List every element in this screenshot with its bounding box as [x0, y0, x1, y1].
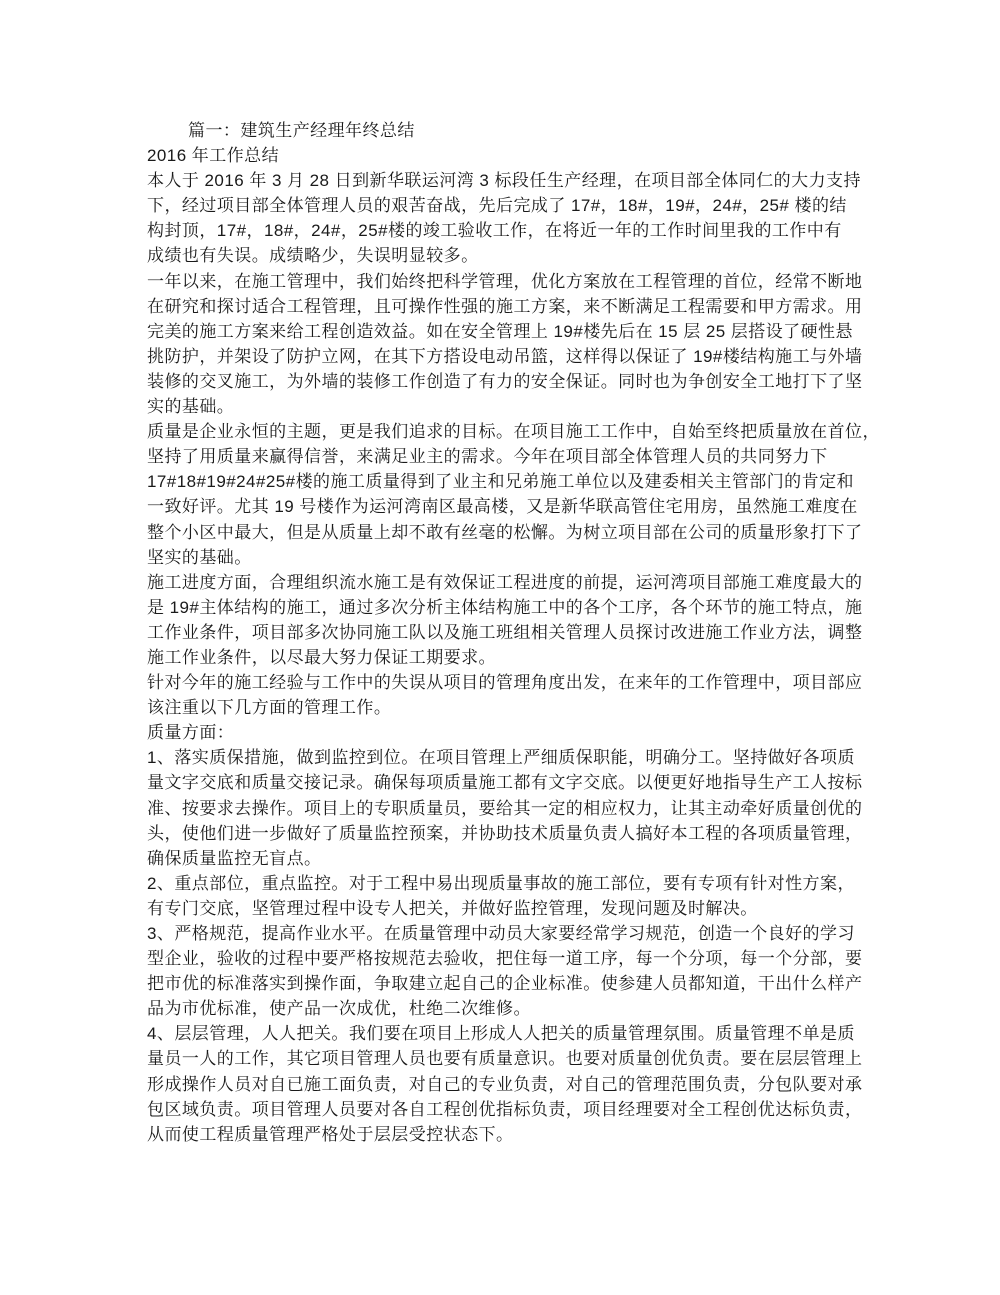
paragraph: 本人于 2016 年 3 月 28 日到新华联运河湾 3 标段任生产经理，在项目… [147, 168, 887, 268]
text-line: 质量是企业永恒的主题，更是我们追求的目标。在项目施工工作中，自始至终把质量放在首… [147, 419, 887, 444]
text-line: 坚实的基础。 [147, 545, 887, 570]
text-line: 头，使他们进一步做好了质量监控预案，并协助技术质量负责人搞好本工程的各项质量管理… [147, 821, 887, 846]
document-page: 篇一：建筑生产经理年终总结2016 年工作总结本人于 2016 年 3 月 28… [147, 118, 887, 1147]
paragraph: 质量方面： [147, 720, 887, 745]
text-line: 量员一人的工作，其它项目管理人员也要有质量意识。也要对质量创优负责。要在层层管理… [147, 1046, 887, 1071]
text-line: 针对今年的施工经验与工作中的失误从项目的管理角度出发，在来年的工作管理中，项目部… [147, 670, 887, 695]
text-line: 型企业，验收的过程中要严格按规范去验收，把住每一道工序，每一个分项，每一个分部，… [147, 946, 887, 971]
paragraph: 2、重点部位，重点监控。对于工程中易出现质量事故的施工部位，要有专项有针对性方案… [147, 871, 887, 921]
text-line: 下，经过项目部全体管理人员的艰苦奋战，先后完成了 17#，18#，19#，24#… [147, 193, 887, 218]
text-line: 一致好评。尤其 19 号楼作为运河湾南区最高楼，又是新华联高管住宅用房，虽然施工… [147, 494, 887, 519]
text-line: 完美的施工方案来给工程创造效益。如在安全管理上 19#楼先后在 15 层 25 … [147, 319, 887, 344]
text-line: 挑防护，并架设了防护立网，在其下方搭设电动吊篮，这样得以保证了 19#楼结构施工… [147, 344, 887, 369]
text-line: 形成操作人员对自已施工面负责，对自己的专业负责，对自己的管理范围负责，分包队要对… [147, 1072, 887, 1097]
text-line: 是 19#主体结构的施工，通过多次分析主体结构施工中的各个工序，各个环节的施工特… [147, 595, 887, 620]
text-line: 有专门交底，坚管理过程中设专人把关，并做好监控管理，发现问题及时解决。 [147, 896, 887, 921]
paragraph: 1、落实质保措施，做到监控到位。在项目管理上严细质保职能，明确分工。坚持做好各项… [147, 745, 887, 870]
paragraph: 3、严格规范，提高作业水平。在质量管理中动员大家要经常学习规范，创造一个良好的学… [147, 921, 887, 1021]
paragraph: 一年以来，在施工管理中，我们始终把科学管理，优化方案放在工程管理的首位，经常不断… [147, 269, 887, 420]
text-line: 4、层层管理，人人把关。我们要在项目上形成人人把关的质量管理氛围。质量管理不单是… [147, 1021, 887, 1046]
paragraph: 2016 年工作总结 [147, 143, 887, 168]
paragraph: 施工进度方面，合理组织流水施工是有效保证工程进度的前提，运河湾项目部施工难度最大… [147, 570, 887, 670]
text-line: 成绩也有失误。成绩略少，失误明显较多。 [147, 243, 887, 268]
text-line: 构封顶，17#，18#，24#，25#楼的竣工验收工作，在将近一年的工作时间里我… [147, 218, 887, 243]
text-line: 准、按要求去操作。项目上的专职质量员，要给其一定的相应权力，让其主动牵好质量创优… [147, 796, 887, 821]
text-line: 施工作业条件，以尽最大努力保证工期要求。 [147, 645, 887, 670]
text-line: 装修的交叉施工，为外墙的装修工作创造了有力的安全保证。同时也为争创安全工地打下了… [147, 369, 887, 394]
paragraph: 4、层层管理，人人把关。我们要在项目上形成人人把关的质量管理氛围。质量管理不单是… [147, 1021, 887, 1146]
text-line: 质量方面： [147, 720, 887, 745]
text-line: 1、落实质保措施，做到监控到位。在项目管理上严细质保职能，明确分工。坚持做好各项… [147, 745, 887, 770]
text-line: 一年以来，在施工管理中，我们始终把科学管理，优化方案放在工程管理的首位，经常不断… [147, 269, 887, 294]
text-line: 整个小区中最大，但是从质量上却不敢有丝毫的松懈。为树立项目部在公司的质量形象打下… [147, 520, 887, 545]
text-line: 实的基础。 [147, 394, 887, 419]
text-line: 3、严格规范，提高作业水平。在质量管理中动员大家要经常学习规范，创造一个良好的学… [147, 921, 887, 946]
text-line: 17#18#19#24#25#楼的施工质量得到了业主和兄弟施工单位以及建委相关主… [147, 469, 887, 494]
text-line: 2、重点部位，重点监控。对于工程中易出现质量事故的施工部位，要有专项有针对性方案… [147, 871, 887, 896]
text-line: 品为市优标准，使产品一次成优，杜绝二次维修。 [147, 996, 887, 1021]
text-line: 量文字交底和质量交接记录。确保每项质量施工都有文字交底。以便更好地指导生产工人按… [147, 770, 887, 795]
text-line: 篇一：建筑生产经理年终总结 [147, 118, 887, 143]
text-line: 施工进度方面，合理组织流水施工是有效保证工程进度的前提，运河湾项目部施工难度最大… [147, 570, 887, 595]
paragraph: 质量是企业永恒的主题，更是我们追求的目标。在项目施工工作中，自始至终把质量放在首… [147, 419, 887, 570]
paragraph: 篇一：建筑生产经理年终总结 [147, 118, 887, 143]
text-line: 坚持了用质量来赢得信誉，来满足业主的需求。今年在项目部全体管理人员的共同努力下 [147, 444, 887, 469]
text-line: 工作业条件，项目部多次协同施工队以及施工班组相关管理人员探讨改进施工作业方法，调… [147, 620, 887, 645]
paragraph: 针对今年的施工经验与工作中的失误从项目的管理角度出发，在来年的工作管理中，项目部… [147, 670, 887, 720]
text-line: 把市优的标准落实到操作面，争取建立起自己的企业标准。使参建人员都知道，干出什么样… [147, 971, 887, 996]
text-line: 从而使工程质量管理严格处于层层受控状态下。 [147, 1122, 887, 1147]
text-line: 在研究和探讨适合工程管理，且可操作性强的施工方案，来不断满足工程需要和甲方需求。… [147, 294, 887, 319]
text-line: 确保质量监控无盲点。 [147, 846, 887, 871]
text-line: 2016 年工作总结 [147, 143, 887, 168]
text-line: 包区域负责。项目管理人员要对各自工程创优指标负责，项目经理要对全工程创优达标负责… [147, 1097, 887, 1122]
text-line: 该注重以下几方面的管理工作。 [147, 695, 887, 720]
text-line: 本人于 2016 年 3 月 28 日到新华联运河湾 3 标段任生产经理，在项目… [147, 168, 887, 193]
